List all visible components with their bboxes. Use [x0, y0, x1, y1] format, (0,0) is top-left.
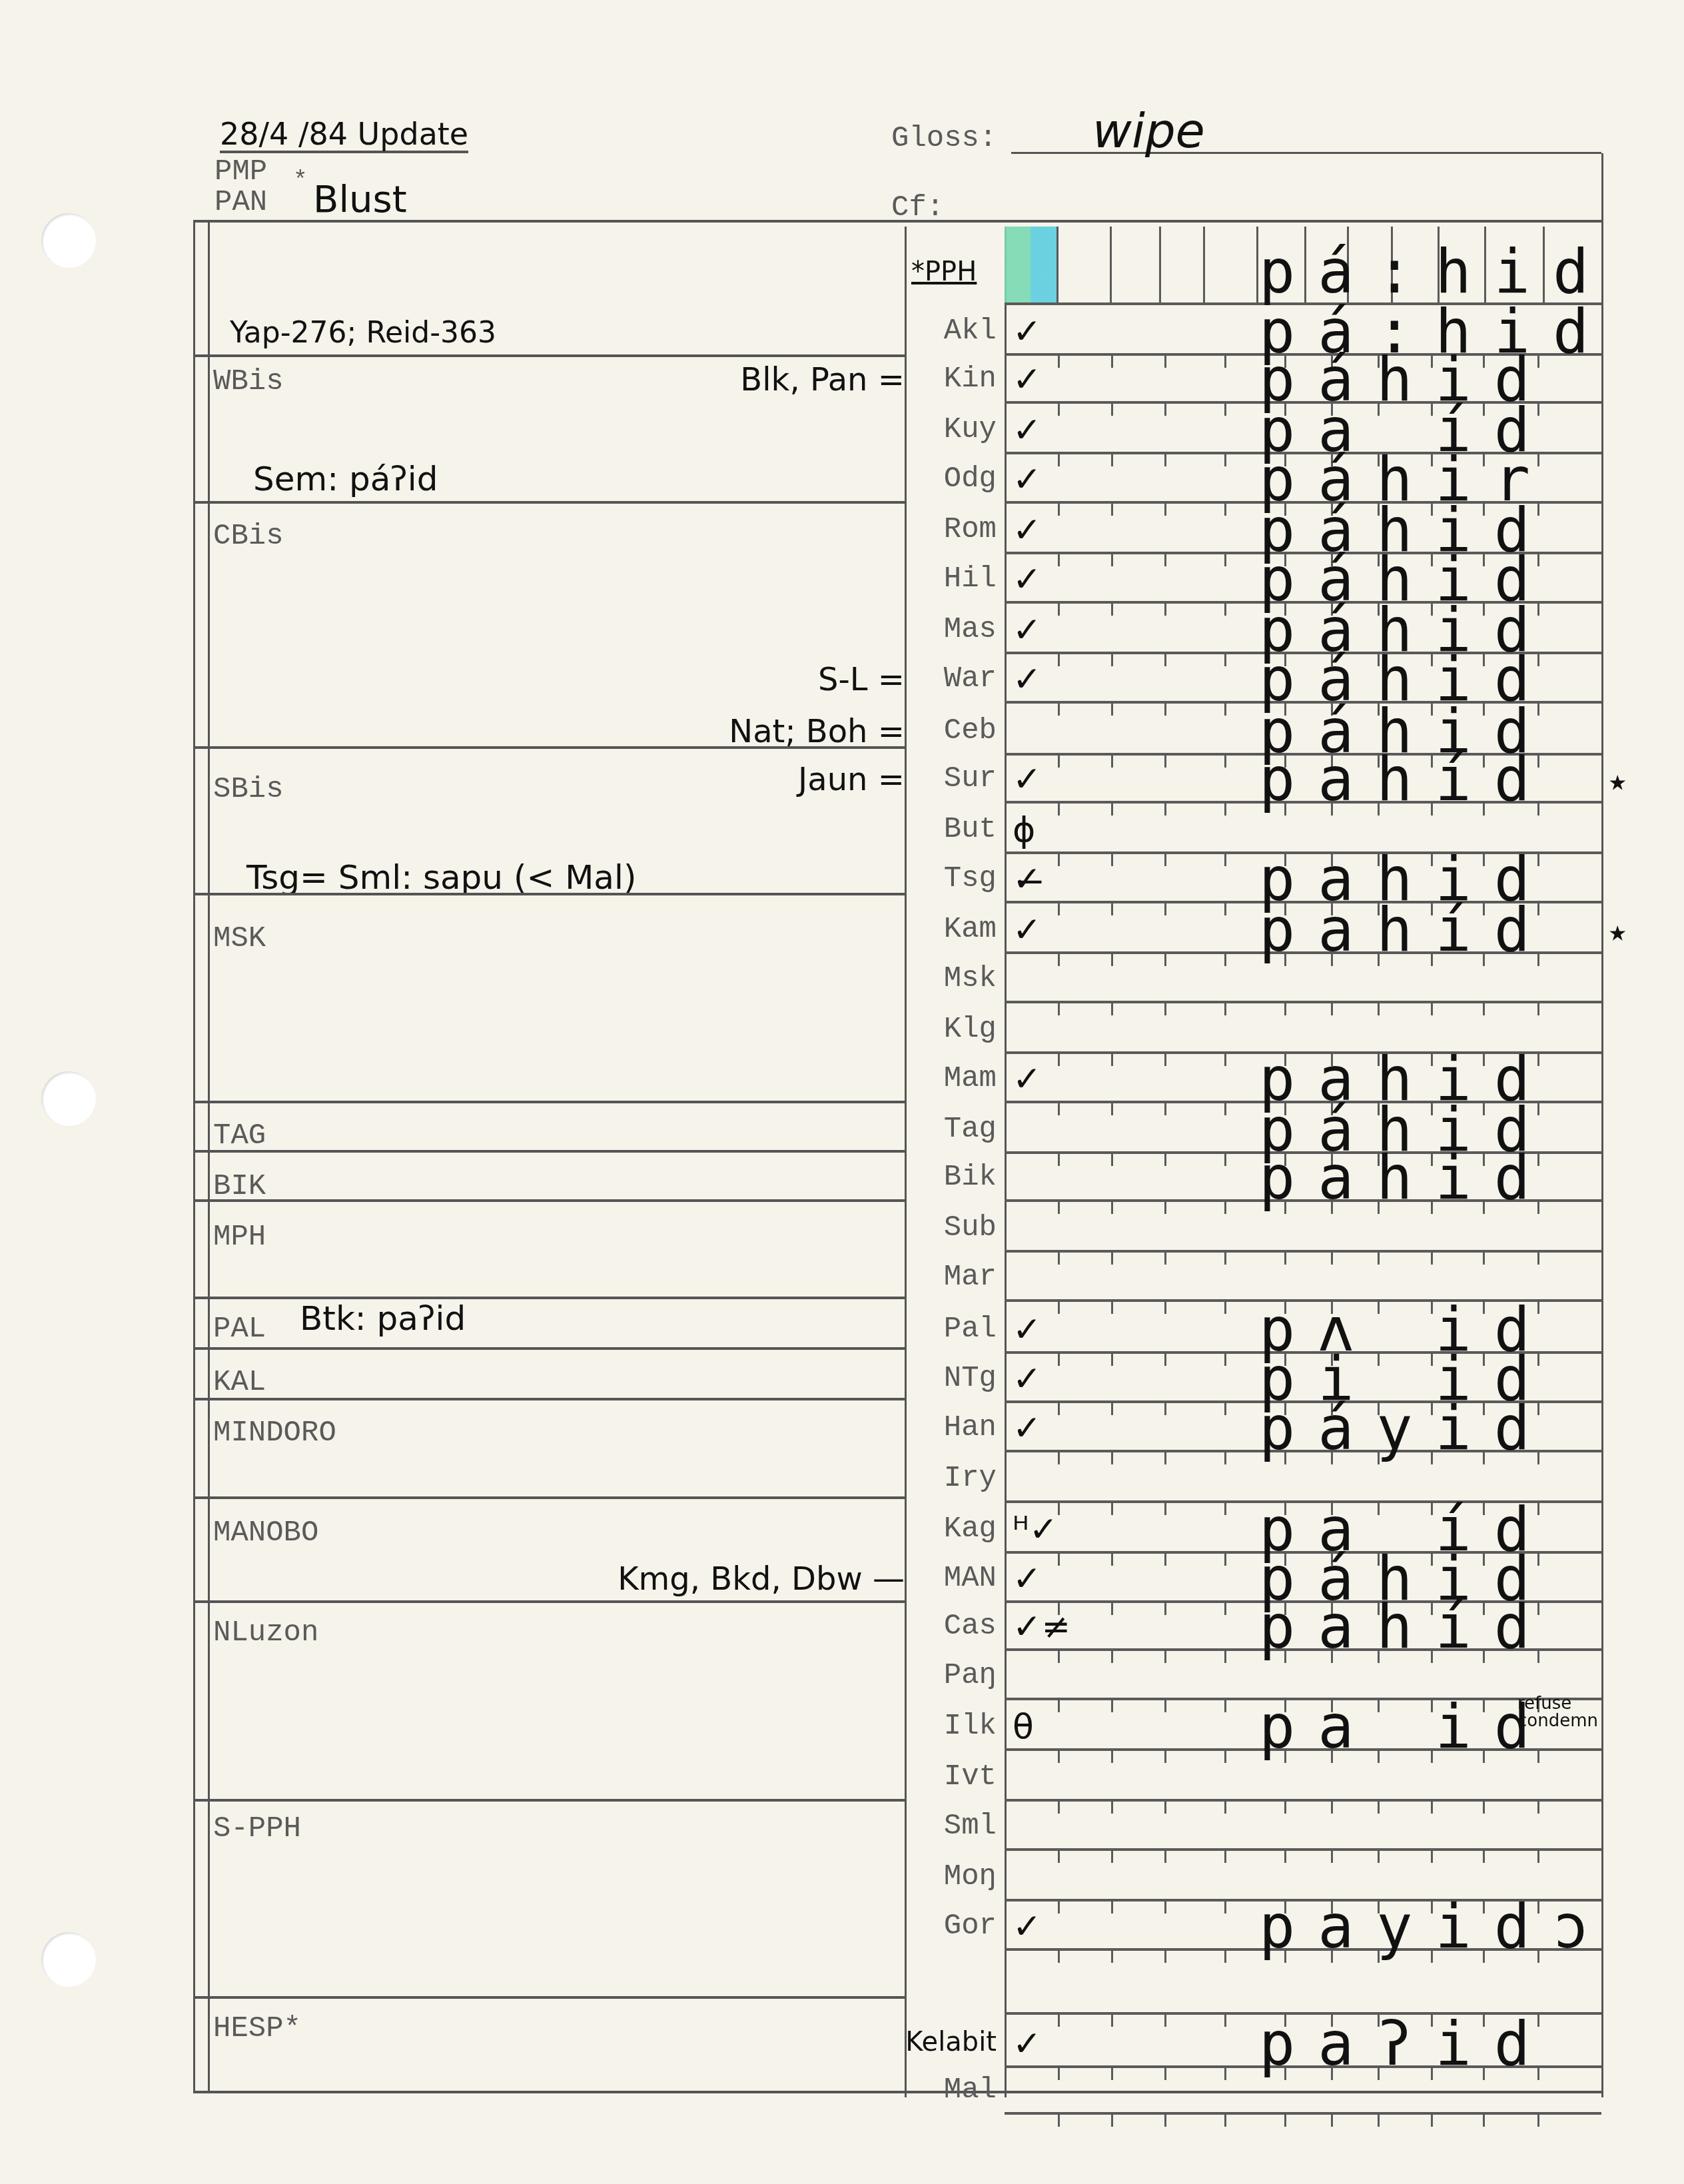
- check-mark-icon: ✓: [1013, 760, 1042, 800]
- language-row: Kam✓pahíd★: [1005, 905, 1601, 954]
- section-divider: [195, 1799, 905, 1802]
- proto-label: *PPH: [911, 259, 977, 285]
- check-mark-icon: ✓: [1013, 510, 1042, 550]
- section-label: CBis: [213, 520, 284, 553]
- frame-divider-left: [905, 227, 907, 2097]
- pan-label: PAN: [214, 188, 267, 217]
- language-row: War✓páhidS-L =: [1005, 654, 1601, 704]
- language-code: Msk: [944, 962, 997, 995]
- check-mark-icon: ✓: [1013, 560, 1042, 600]
- section-label: S-PPH: [213, 1812, 301, 1846]
- language-code: Pal: [944, 1313, 997, 1346]
- author-name: Blust: [313, 181, 407, 219]
- language-row: Mar: [1005, 1253, 1601, 1302]
- crossref-note: Nat; Boh =: [729, 713, 905, 750]
- row-baseline: [1005, 1001, 1601, 1003]
- section-note: Btk: paʔid: [300, 1299, 466, 1338]
- language-code: Sub: [944, 1211, 997, 1245]
- language-code: Sml: [944, 1810, 997, 1843]
- language-code: War: [944, 662, 997, 696]
- language-row: Sml: [1005, 1802, 1601, 1851]
- star-icon: ★: [1609, 764, 1627, 800]
- punch-hole-bottom: [41, 1932, 96, 1987]
- language-row: Han✓páyid: [1005, 1403, 1601, 1452]
- language-code: NTg: [944, 1362, 997, 1395]
- section-label: SBis: [213, 773, 284, 806]
- language-row: Sur✓pahíd★Jaun =: [1005, 754, 1601, 804]
- language-row: Kelabit✓paʔid: [1005, 2019, 1601, 2068]
- language-code: Kin: [944, 362, 997, 396]
- row-baseline: [1005, 1848, 1601, 1851]
- crossref-note: Blk, Pan =: [740, 361, 905, 398]
- language-code: But: [944, 813, 997, 846]
- crossref-note: Kmg, Bkd, Dbw —: [618, 1560, 905, 1598]
- language-code: Akl: [944, 314, 997, 348]
- reference-note: Yap-276; Reid-363: [230, 318, 496, 348]
- language-code: Ilk: [944, 1710, 997, 1743]
- cognate-grid: pá:hidAkl✓pá:hidKin✓páhidBlk, Pan =Kuy✓p…: [1005, 227, 1601, 2097]
- language-code: Klg: [944, 1013, 997, 1046]
- section-divider: [195, 1150, 905, 1153]
- language-code: Rom: [944, 513, 997, 546]
- crossref-note: Jaun =: [798, 761, 905, 798]
- language-code: Mar: [944, 1261, 997, 1294]
- check-mark-icon: ✓: [1013, 1408, 1042, 1448]
- language-code: Kam: [944, 913, 997, 946]
- language-code: Han: [944, 1411, 997, 1444]
- language-code: Hil: [944, 562, 997, 596]
- check-mark-icon: ✓: [1013, 460, 1042, 500]
- frame-right: [1601, 153, 1603, 2097]
- check-mark-icon: ✓: [1013, 910, 1042, 950]
- check-mark-icon: ✓̶: [1013, 859, 1042, 899]
- language-row: Mal: [1005, 2065, 1601, 2115]
- language-code: Kag: [944, 1512, 997, 1546]
- language-row: Gor✓payidɔ: [1005, 1902, 1601, 1951]
- section-label: TAG: [213, 1119, 266, 1153]
- gloss-value: wipe: [1092, 107, 1205, 155]
- check-mark-icon: ✓: [1013, 410, 1042, 450]
- section-label: MPH: [213, 1221, 266, 1254]
- section-divider: [195, 1347, 905, 1350]
- section-label: HESP*: [213, 2012, 301, 2045]
- section-divider: [195, 1496, 905, 1499]
- section-divider: [195, 1600, 905, 1603]
- check-mark-icon: ᴴ✓: [1013, 1510, 1058, 1550]
- section-divider: [195, 893, 905, 895]
- language-code: Paŋ: [944, 1659, 997, 1692]
- language-code: MAN: [944, 1562, 997, 1595]
- section-label: PAL: [213, 1313, 266, 1346]
- language-code: Odg: [944, 462, 997, 496]
- section-divider: [195, 1996, 905, 1999]
- language-row: Bikpahid: [1005, 1153, 1601, 1202]
- language-code: Tsg: [944, 862, 997, 895]
- language-code: Ivt: [944, 1760, 997, 1794]
- check-mark-icon: ✓: [1013, 1359, 1042, 1399]
- section-label: MANOBO: [213, 1516, 318, 1550]
- check-mark-icon: ✓: [1013, 312, 1042, 352]
- section-note: Tsg= Sml: sapu (< Mal): [246, 858, 636, 897]
- language-code: Ceb: [944, 714, 997, 748]
- check-mark-icon: ✓: [1013, 1559, 1042, 1599]
- gloss-label: Gloss:: [891, 124, 997, 153]
- language-code: Moŋ: [944, 1860, 997, 1894]
- pmp-label: PMP: [214, 157, 267, 187]
- section-divider: [195, 1398, 905, 1400]
- language-code: Sur: [944, 762, 997, 796]
- section-label: MINDORO: [213, 1416, 336, 1450]
- language-row: Sub: [1005, 1203, 1601, 1253]
- language-row: [1005, 1965, 1601, 2015]
- check-mark-icon: θ: [1013, 1707, 1034, 1747]
- section-label: BIK: [213, 1170, 266, 1203]
- language-code: Mas: [944, 613, 997, 646]
- language-row: Msk: [1005, 954, 1601, 1003]
- section-divider: [195, 501, 905, 504]
- frame-top: [195, 220, 1601, 223]
- check-mark-icon: ✓: [1013, 660, 1042, 700]
- language-row: Cas✓≠pahíd: [1005, 1602, 1601, 1651]
- section-label: NLuzon: [213, 1616, 318, 1650]
- row-note: refuse condemn: [1517, 1695, 1611, 1730]
- reflex-form: payidɔ: [1259, 1892, 1611, 1962]
- language-row: Ivt: [1005, 1752, 1601, 1802]
- section-label: WBis: [213, 365, 284, 398]
- section-divider: [195, 1101, 905, 1103]
- language-code: Kelabit: [905, 2027, 997, 2057]
- language-code: Bik: [944, 1161, 997, 1194]
- punch-hole-top: [41, 213, 96, 268]
- section-label: KAL: [213, 1366, 266, 1399]
- punch-hole-middle: [41, 1071, 96, 1126]
- row-baseline: [1005, 2112, 1601, 2115]
- section-divider: [195, 354, 905, 357]
- check-mark-icon: ✓: [1013, 2024, 1042, 2064]
- section-note: Sem: páʔid: [253, 460, 438, 498]
- proto-row: pá:hid: [1005, 227, 1601, 305]
- star-icon: ★: [1609, 914, 1627, 950]
- section-label: MSK: [213, 922, 266, 955]
- language-code: Iry: [944, 1462, 997, 1495]
- crossref-note: S-L =: [818, 661, 905, 698]
- language-row: Ilkθpa idrefuse condemn: [1005, 1702, 1601, 1751]
- language-code: Mam: [944, 1062, 997, 1095]
- check-mark-icon: ✓: [1013, 1310, 1042, 1350]
- section-divider: [195, 1199, 905, 1202]
- check-mark-icon: ϕ: [1013, 810, 1035, 850]
- check-mark-icon: ✓: [1013, 360, 1042, 400]
- language-code: Kuy: [944, 413, 997, 446]
- check-mark-icon: ✓: [1013, 1059, 1042, 1099]
- check-mark-icon: ✓: [1013, 1907, 1042, 1947]
- language-code: Tag: [944, 1113, 997, 1146]
- asterisk: *: [293, 169, 308, 193]
- cf-label: Cf:: [891, 193, 944, 223]
- language-code: Cas: [944, 1610, 997, 1643]
- check-mark-icon: ✓≠: [1013, 1607, 1070, 1647]
- date-note: 28/4 /84 Update: [220, 119, 468, 153]
- language-code: Gor: [944, 1910, 997, 1943]
- check-mark-icon: ✓: [1013, 610, 1042, 650]
- language-code: Mal: [944, 2073, 997, 2107]
